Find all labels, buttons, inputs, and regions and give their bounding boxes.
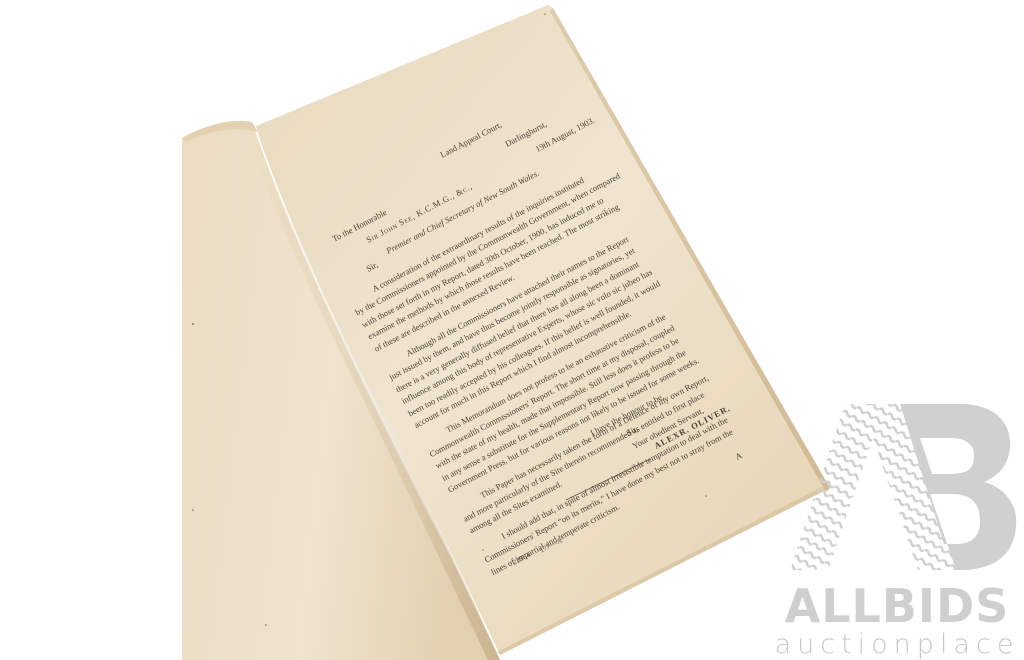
photo-scene: Land Appeal Court, Darlinghurst, 19th Au… bbox=[0, 0, 1024, 660]
booklet-pages bbox=[0, 0, 1024, 660]
